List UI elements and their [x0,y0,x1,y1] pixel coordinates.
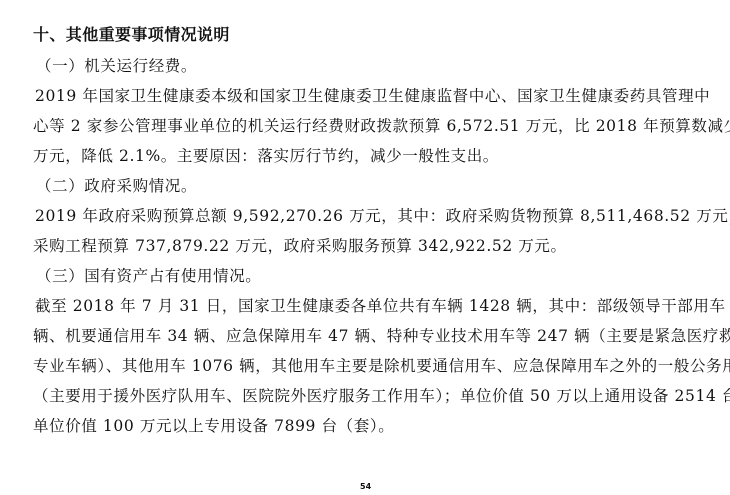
paragraph-line: （主要用于援外医疗队用车、医院院外医疗服务工作用车）；单位价值 50 万以上通用… [33,386,697,406]
paragraph-line: 2019 年政府采购预算总额 9,592,270.26 万元，其中：政府采购货物… [35,206,697,226]
subsection-heading-procurement: （二）政府采购情况。 [36,176,197,196]
document-page: 十、其他重要事项情况说明 （一）机关运行经费。 2019 年国家卫生健康委本级和… [0,0,730,495]
section-title: 十、其他重要事项情况说明 [33,25,230,45]
paragraph-line: 单位价值 100 万元以上专用设备 7899 台（套）。 [33,416,394,436]
paragraph-line: 万元，降低 2.1%。主要原因：落实厉行节约，减少一般性支出。 [33,146,499,166]
paragraph-line: 采购工程预算 737,879.22 万元，政府采购服务预算 342,922.52… [33,236,567,256]
paragraph-line: 辆、机要通信用车 34 辆、应急保障用车 47 辆、特种专业技术用车等 247 … [33,326,697,346]
subsection-heading-operating-expenses: （一）机关运行经费。 [36,56,197,76]
paragraph-line: 截至 2018 年 7 月 31 日，国家卫生健康委各单位共有车辆 1428 辆… [35,296,697,316]
paragraph-line: 专业车辆）、其他用车 1076 辆，其他用车主要是除机要通信用车、应急保障用车之… [33,356,697,376]
paragraph-line: 2019 年国家卫生健康委本级和国家卫生健康委卫生健康监督中心、国家卫生健康委药… [35,86,697,106]
subsection-heading-state-assets: （三）国有资产占有使用情况。 [36,266,261,286]
paragraph-line: 心等 2 家参公管理事业单位的机关运行经费财政拨款预算 6,572.51 万元，… [33,116,697,136]
page-number: 54 [360,482,371,492]
